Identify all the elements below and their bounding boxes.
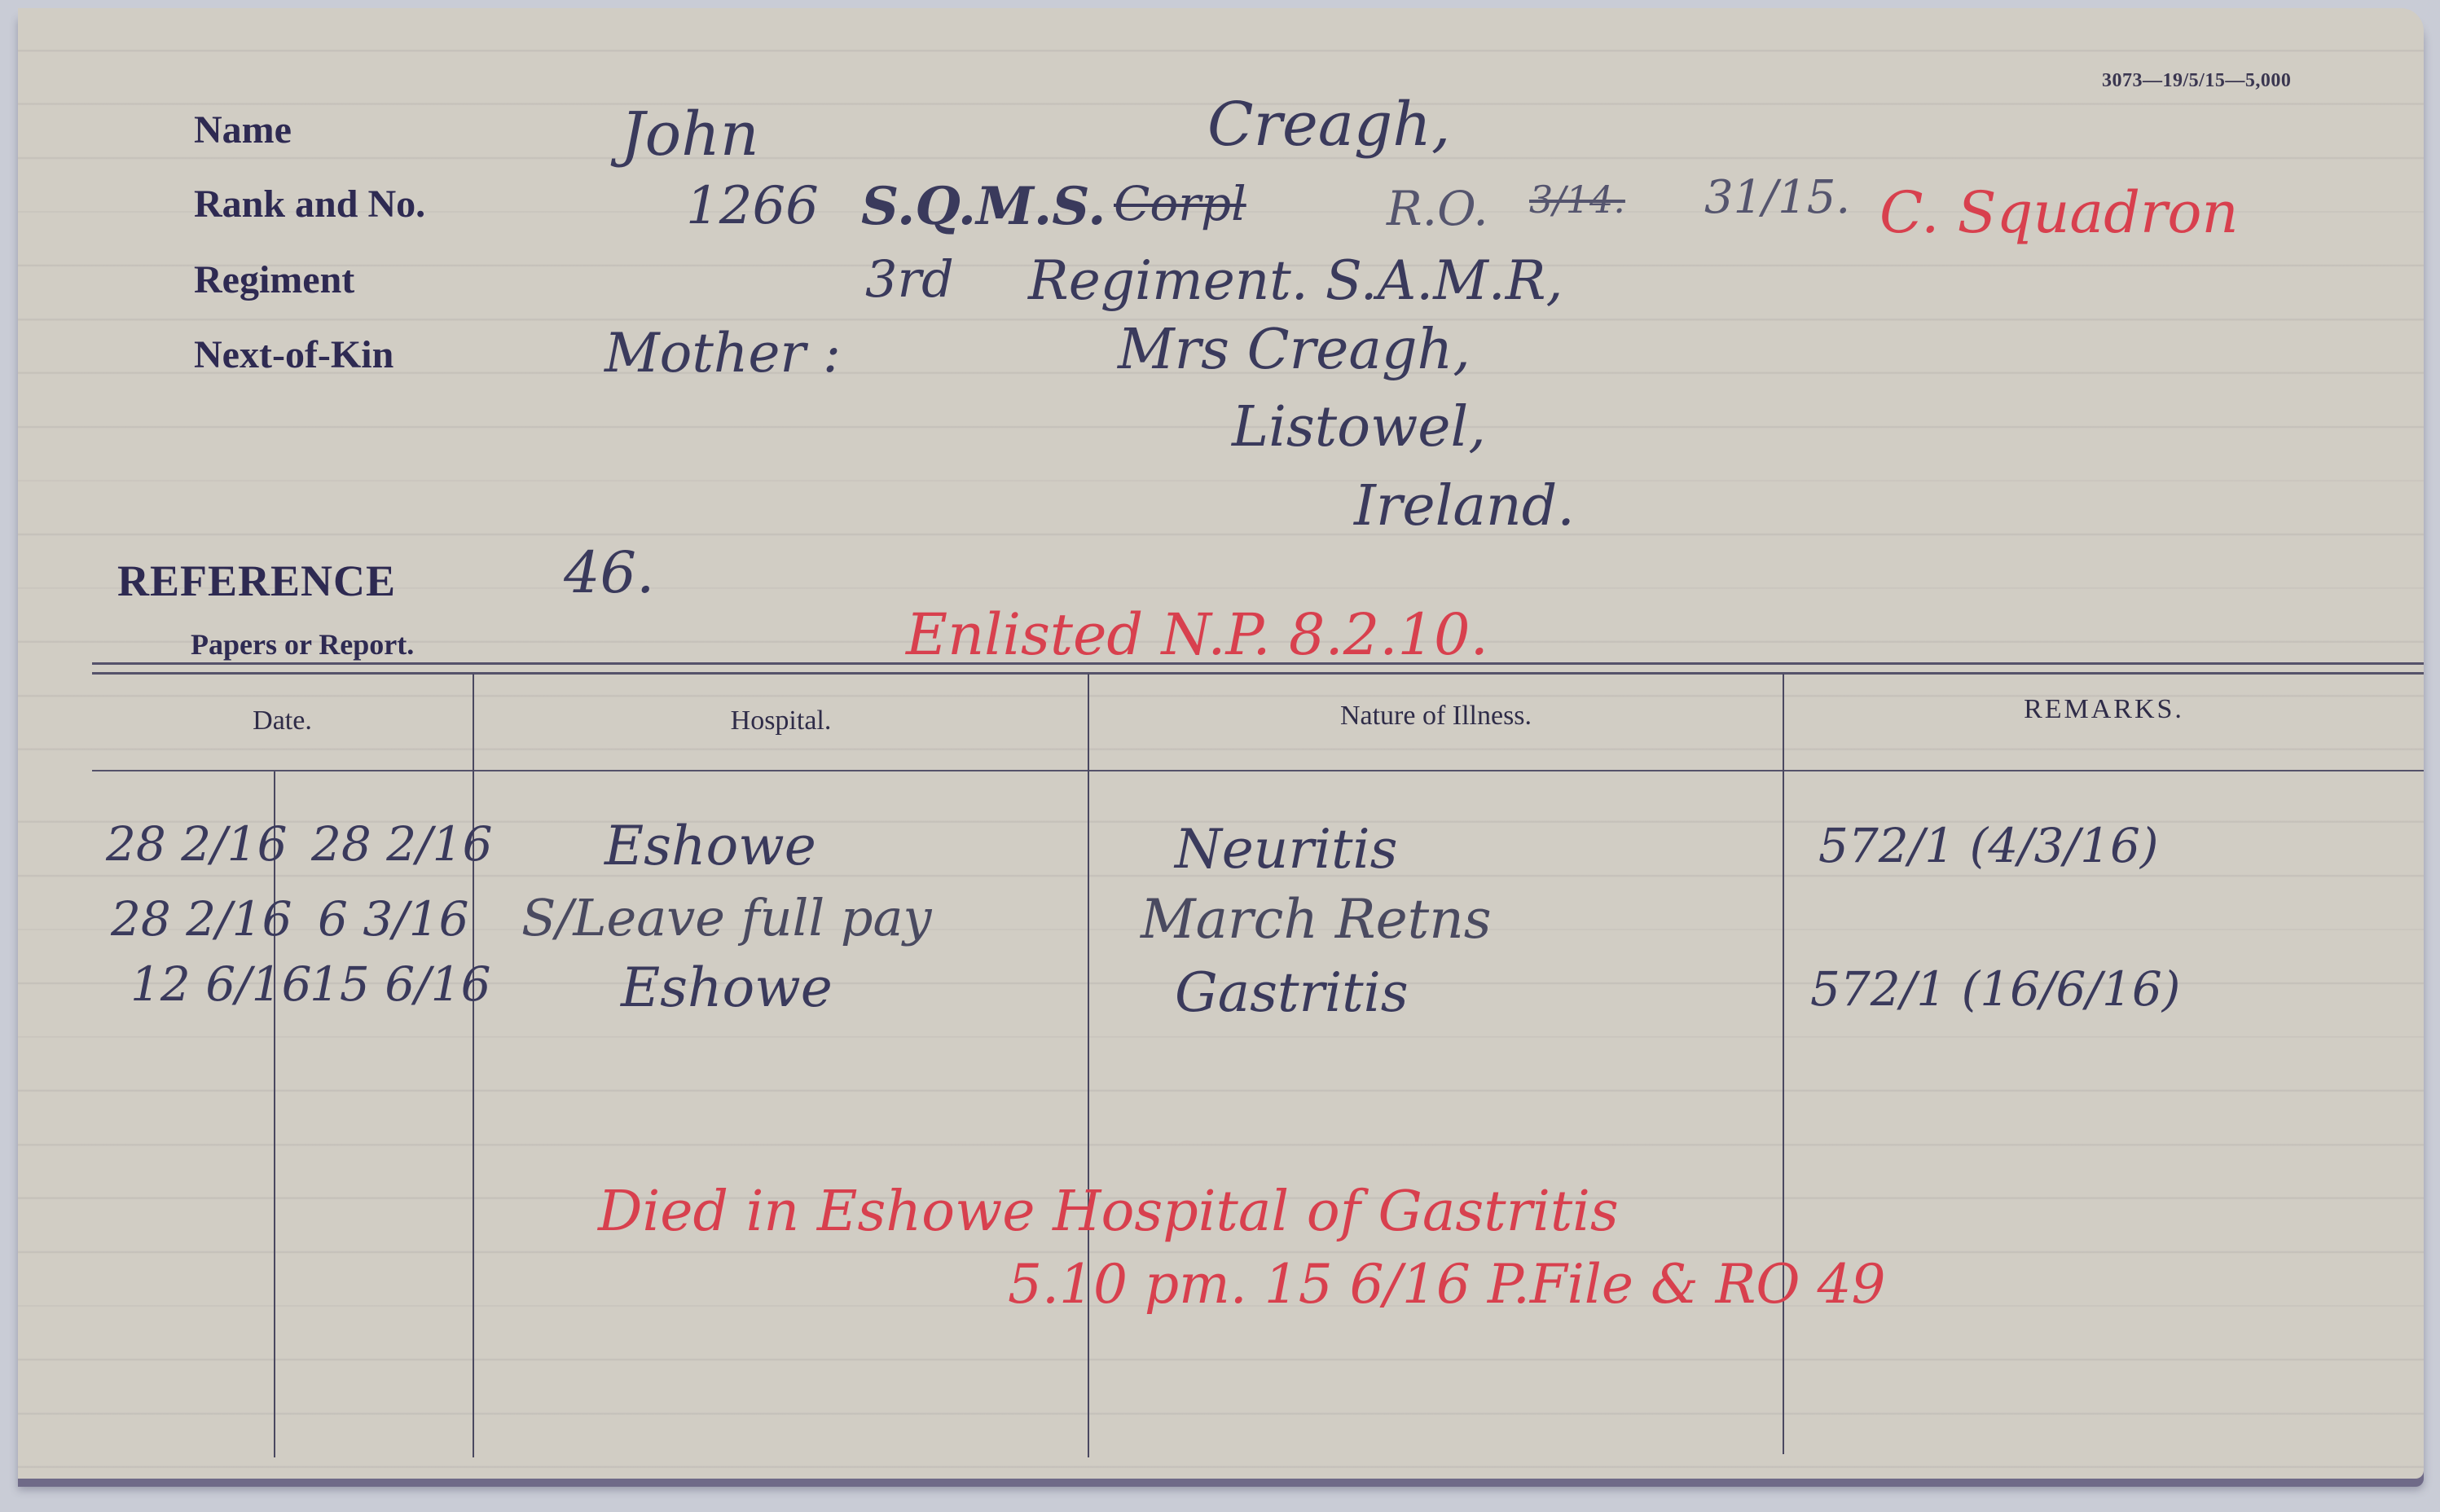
struck-rank: Corpl	[1114, 176, 1246, 231]
death-note-line2: 5.10 pm. 15 6/16 P.File & RO 49	[1008, 1253, 1885, 1316]
remarks: 572/1 (4/3/16)	[1818, 818, 2159, 873]
service-number: 1266	[686, 176, 819, 236]
date-from: 28 2/16	[111, 891, 292, 947]
regiment-label: Regiment	[194, 257, 354, 302]
illness: Gastritis	[1175, 961, 1409, 1024]
name-label: Name	[194, 108, 292, 152]
kin-address-line2: Ireland.	[1354, 474, 1575, 538]
enlisted-note: Enlisted N.P. 8.2.10.	[906, 601, 1488, 668]
divider-illness-remarks	[1783, 674, 1784, 1454]
date-to: 6 3/16	[318, 891, 469, 947]
regiment-value: Regiment. S.A.M.R,	[1028, 249, 1563, 312]
name-last: Creagh,	[1207, 90, 1450, 160]
reference-value: 46.	[564, 539, 654, 606]
kin-relation: Mother :	[605, 322, 841, 385]
header-remarks: REMARKS.	[1784, 694, 2424, 725]
illness: Neuritis	[1175, 818, 1397, 881]
header-hospital: Hospital.	[474, 705, 1088, 736]
header-date: Date.	[92, 705, 473, 736]
hospital: Eshowe	[621, 956, 833, 1019]
ro-value: 31/15.	[1704, 171, 1850, 224]
struck-ro: 3/14.	[1529, 178, 1625, 222]
date-from: 12 6/16	[130, 956, 311, 1012]
rule-header-bottom	[92, 770, 2424, 771]
remarks: 572/1 (16/6/16)	[1810, 961, 2180, 1017]
rank-label: Rank and No.	[194, 182, 425, 226]
squadron-note: C. Squadron	[1879, 179, 2239, 246]
hospital: Eshowe	[605, 815, 816, 877]
reference-sublabel: Papers or Report.	[191, 627, 414, 661]
reference-label: REFERENCE	[117, 556, 396, 606]
illness: March Retns	[1141, 888, 1492, 951]
ro-prefix: R.O.	[1387, 181, 1488, 236]
date-from: 28 2/16	[106, 816, 287, 872]
kin-name: Mrs Creagh,	[1118, 318, 1471, 382]
next-of-kin-label: Next-of-Kin	[194, 332, 393, 377]
divider-hospital-illness	[1088, 674, 1089, 1457]
death-note-line1: Died in Eshowe Hospital of Gastritis	[598, 1180, 1619, 1244]
rule-top-2	[92, 672, 2424, 675]
medical-record-card: 3073—19/5/15—5,000 Name Rank and No. Reg…	[18, 8, 2424, 1479]
divider-date-hospital	[473, 674, 474, 1457]
divider-date-split	[274, 771, 275, 1457]
regiment-ordinal: 3rd	[865, 249, 954, 309]
date-to: 28 2/16	[311, 816, 492, 872]
kin-address-line1: Listowel,	[1232, 395, 1486, 459]
date-to: 15 6/16	[310, 956, 490, 1012]
name-first: John	[621, 99, 759, 169]
form-number: 3073—19/5/15—5,000	[2102, 70, 2291, 92]
header-illness: Nature of Illness.	[1089, 701, 1783, 732]
hospital: S/Leave full pay	[521, 888, 932, 947]
rank-value: S.Q.M.S.	[861, 176, 1106, 237]
rule-top-1	[92, 662, 2424, 665]
